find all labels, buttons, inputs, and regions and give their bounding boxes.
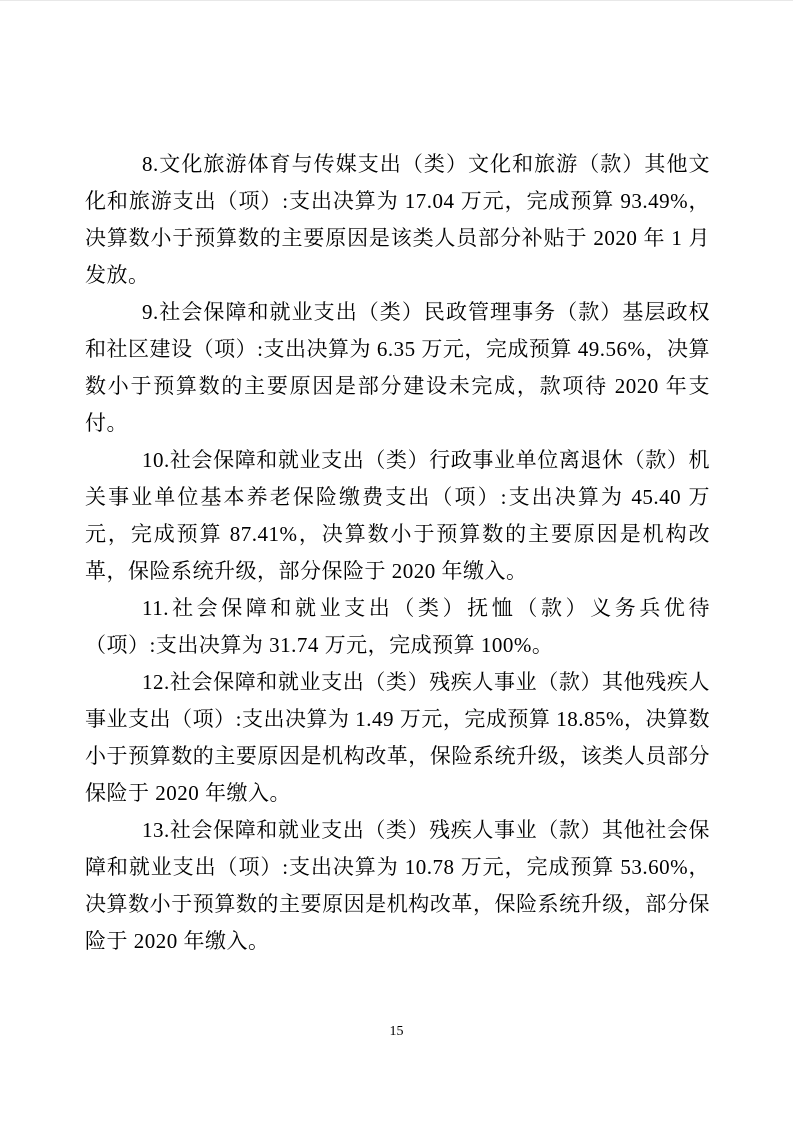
paragraph-item-12: 12.社会保障和就业支出（类）残疾人事业（款）其他残疾人事业支出（项）:支出决算… — [85, 664, 710, 812]
document-body: 8.文化旅游体育与传媒支出（类）文化和旅游（款）其他文化和旅游支出（项）:支出决… — [85, 146, 710, 960]
paragraph-item-11: 11.社会保障和就业支出（类）抚恤（款）义务兵优待（项）:支出决算为 31.74… — [85, 590, 710, 664]
paragraph-item-9: 9.社会保障和就业支出（类）民政管理事务（款）基层政权和社区建设（项）:支出决算… — [85, 294, 710, 442]
paragraph-item-13: 13.社会保障和就业支出（类）残疾人事业（款）其他社会保障和就业支出（项）:支出… — [85, 812, 710, 960]
document-page: 8.文化旅游体育与传媒支出（类）文化和旅游（款）其他文化和旅游支出（项）:支出决… — [0, 0, 793, 1122]
page-number: 15 — [0, 1023, 793, 1041]
paragraph-item-10: 10.社会保障和就业支出（类）行政事业单位离退休（款）机关事业单位基本养老保险缴… — [85, 442, 710, 590]
paragraph-item-8: 8.文化旅游体育与传媒支出（类）文化和旅游（款）其他文化和旅游支出（项）:支出决… — [85, 146, 710, 294]
